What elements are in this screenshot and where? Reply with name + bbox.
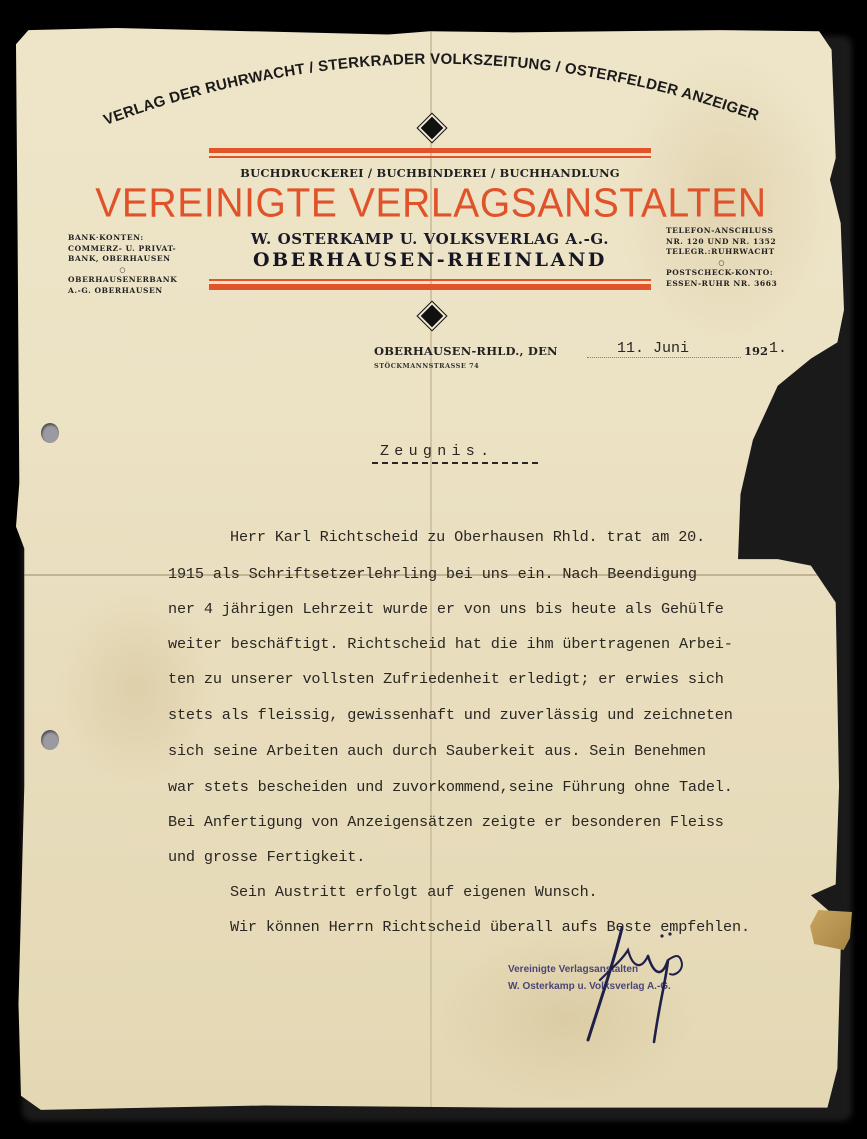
bank-line: BANK, OBERHAUSEN — [68, 254, 177, 265]
dateline-street: STÖCKMANNSTRASSE 74 — [374, 362, 479, 370]
contact-line: TELEFON-ANSCHLUSS — [666, 226, 777, 237]
bank-line: A.-G. OBERHAUSEN — [68, 286, 177, 297]
date-typed: 11. Juni — [617, 340, 689, 357]
body-line: 1915 als Schriftsetzerlehrling bei uns e… — [168, 565, 697, 583]
dateline-place: OBERHAUSEN-RHLD., DEN — [374, 344, 558, 358]
body-line: weiter beschäftigt. Richtscheid hat die … — [168, 635, 733, 653]
red-rule-top-thick — [209, 148, 651, 153]
handwritten-signature — [570, 920, 720, 1050]
bank-accounts-block: BANK·KONTEN: COMMERZ- U. PRIVAT- BANK, O… — [68, 233, 177, 296]
body-line: und grosse Fertigkeit. — [168, 848, 365, 866]
bank-line: COMMERZ- U. PRIVAT- — [68, 244, 177, 255]
letterhead-city-line: OBERHAUSEN-RHEINLAND — [209, 249, 651, 271]
torn-corner-flap — [810, 910, 852, 950]
red-rule-bottom-thin — [209, 279, 651, 281]
year-prefix: 192 — [744, 344, 768, 358]
letterhead-title: VEREINIGTE VERLAGSANSTALTEN — [66, 179, 796, 229]
heading-underline — [372, 462, 538, 464]
year-typed: 1. — [769, 340, 787, 357]
letterhead-company-line: W. OSTERKAMP U. VOLKSVERLAG A.-G. — [209, 230, 651, 248]
body-line: Herr Karl Richtscheid zu Oberhausen Rhld… — [230, 528, 705, 546]
contact-line: ESSEN-RUHR NR. 3663 — [666, 279, 777, 290]
document-heading: Zeugnis. — [380, 443, 494, 460]
contact-info-block: TELEFON-ANSCHLUSS NR. 120 UND NR. 1352 T… — [666, 226, 777, 289]
punch-hole-top — [41, 423, 59, 443]
circle-separator-icon: ○ — [68, 265, 177, 276]
circle-separator-icon: ○ — [666, 258, 777, 269]
contact-line: NR. 120 UND NR. 1352 — [666, 237, 777, 248]
red-rule-top-thin — [209, 156, 651, 158]
body-line: ten zu unserer vollsten Zufriedenheit er… — [168, 670, 724, 688]
bank-line: BANK·KONTEN: — [68, 233, 177, 244]
body-line: sich seine Arbeiten auch durch Sauberkei… — [168, 742, 706, 760]
body-line: stets als fleissig, gewissenhaft und zuv… — [168, 706, 733, 724]
body-line: Bei Anfertigung von Anzeigensätzen zeigt… — [168, 813, 724, 831]
punch-hole-bottom — [41, 730, 59, 750]
contact-line: POSTSCHECK-KONTO: — [666, 268, 777, 279]
contact-line: TELEGR.:RUHRWACHT — [666, 247, 777, 258]
body-line: war stets bescheiden und zuvorkommend,se… — [168, 778, 733, 796]
bank-line: OBERHAUSENERBANK — [68, 275, 177, 286]
body-line: ner 4 jährigen Lehrzeit wurde er von uns… — [168, 600, 724, 618]
body-line: Sein Austritt erfolgt auf eigenen Wunsch… — [230, 883, 598, 901]
red-rule-bottom-thick — [209, 284, 651, 290]
